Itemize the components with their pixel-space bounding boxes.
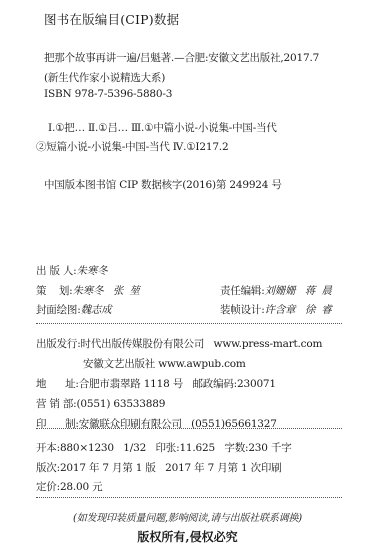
credit-planning: 策 划:朱寒冬 张 堃 bbox=[36, 283, 140, 298]
credit-editor-value: 刘姗姗 蒋 晨 bbox=[265, 285, 332, 297]
credit-publisher-value: 朱寒冬 bbox=[77, 265, 108, 277]
credit-design-label: 装帧设计: bbox=[220, 304, 265, 316]
pub-marketing: 营 销 部:(0551) 63533889 bbox=[36, 396, 165, 411]
credit-cover-art: 封面绘图:魏志成 bbox=[36, 302, 111, 317]
pub-distribution-value: 时代出版传媒股份有限公司 www.press-mart.com bbox=[81, 338, 323, 350]
credit-publisher: 出 版 人:朱寒冬 bbox=[36, 263, 107, 278]
divider-middle bbox=[36, 428, 342, 429]
cip-classification-2: ②短篇小说-小说集-中国-当代 Ⅳ.①I217.2 bbox=[36, 139, 228, 154]
quality-notice: (如发现印装质量问题,影响阅读,请与出版社联系调换) bbox=[0, 509, 375, 524]
credit-planning-label: 策 划: bbox=[36, 285, 73, 297]
spec-format: 开本:880×1230 1/32 印张:11.625 字数:230 千字 bbox=[36, 440, 292, 455]
cip-isbn: ISBN 978-7-5396-5880-3 bbox=[44, 88, 172, 100]
credit-cover-art-value: 魏志成 bbox=[81, 304, 112, 316]
pub-address-value: 合肥市翡翠路 1118 号 邮政编码:230071 bbox=[79, 378, 276, 390]
pub-address: 地 址:合肥市翡翠路 1118 号 邮政编码:230071 bbox=[36, 376, 276, 391]
cip-heading: 图书在版编目(CIP)数据 bbox=[44, 10, 179, 28]
spec-price: 定价:28.00 元 bbox=[36, 479, 102, 494]
pub-marketing-label: 营 销 部: bbox=[36, 398, 77, 410]
pub-distribution-2: 安徽文艺出版社 www.awpub.com bbox=[83, 356, 246, 371]
credit-editor: 责任编辑:刘姗姗 蒋 晨 bbox=[220, 283, 332, 298]
pub-address-label: 地 址: bbox=[36, 378, 79, 390]
credit-design-value: 许含章 徐 睿 bbox=[265, 304, 332, 316]
cip-record-number: 中国版本图书馆 CIP 数据核字(2016)第 249924 号 bbox=[44, 177, 282, 192]
pub-distribution: 出版发行:时代出版传媒股份有限公司 www.press-mart.com bbox=[36, 336, 322, 351]
cip-title-line: 把那个故事再讲一遍/吕魁著.—合肥:安徽文艺出版社,2017.7 bbox=[44, 50, 319, 65]
copyright-notice: 版权所有,侵权必究 bbox=[0, 528, 375, 545]
credit-planning-value: 朱寒冬 张 堃 bbox=[73, 285, 140, 297]
credit-publisher-label: 出 版 人: bbox=[36, 265, 77, 277]
cip-series-line: (新生代作家小说精选大系) bbox=[44, 70, 165, 85]
spec-edition: 版次:2017 年 7 月第 1 版 2017 年 7 月第 1 次印刷 bbox=[36, 460, 282, 475]
credit-editor-label: 责任编辑: bbox=[220, 285, 265, 297]
credit-design: 装帧设计:许含章 徐 睿 bbox=[220, 302, 332, 317]
pub-distribution-label: 出版发行: bbox=[36, 338, 81, 350]
cip-classification-1: Ⅰ.①把… Ⅱ.①吕… Ⅲ.①中篇小说-小说集-中国-当代 bbox=[48, 120, 277, 135]
pub-marketing-value: (0551) 63533889 bbox=[77, 398, 166, 410]
divider-bottom bbox=[36, 497, 342, 498]
divider-top bbox=[36, 323, 342, 324]
credit-cover-art-label: 封面绘图: bbox=[36, 304, 81, 316]
